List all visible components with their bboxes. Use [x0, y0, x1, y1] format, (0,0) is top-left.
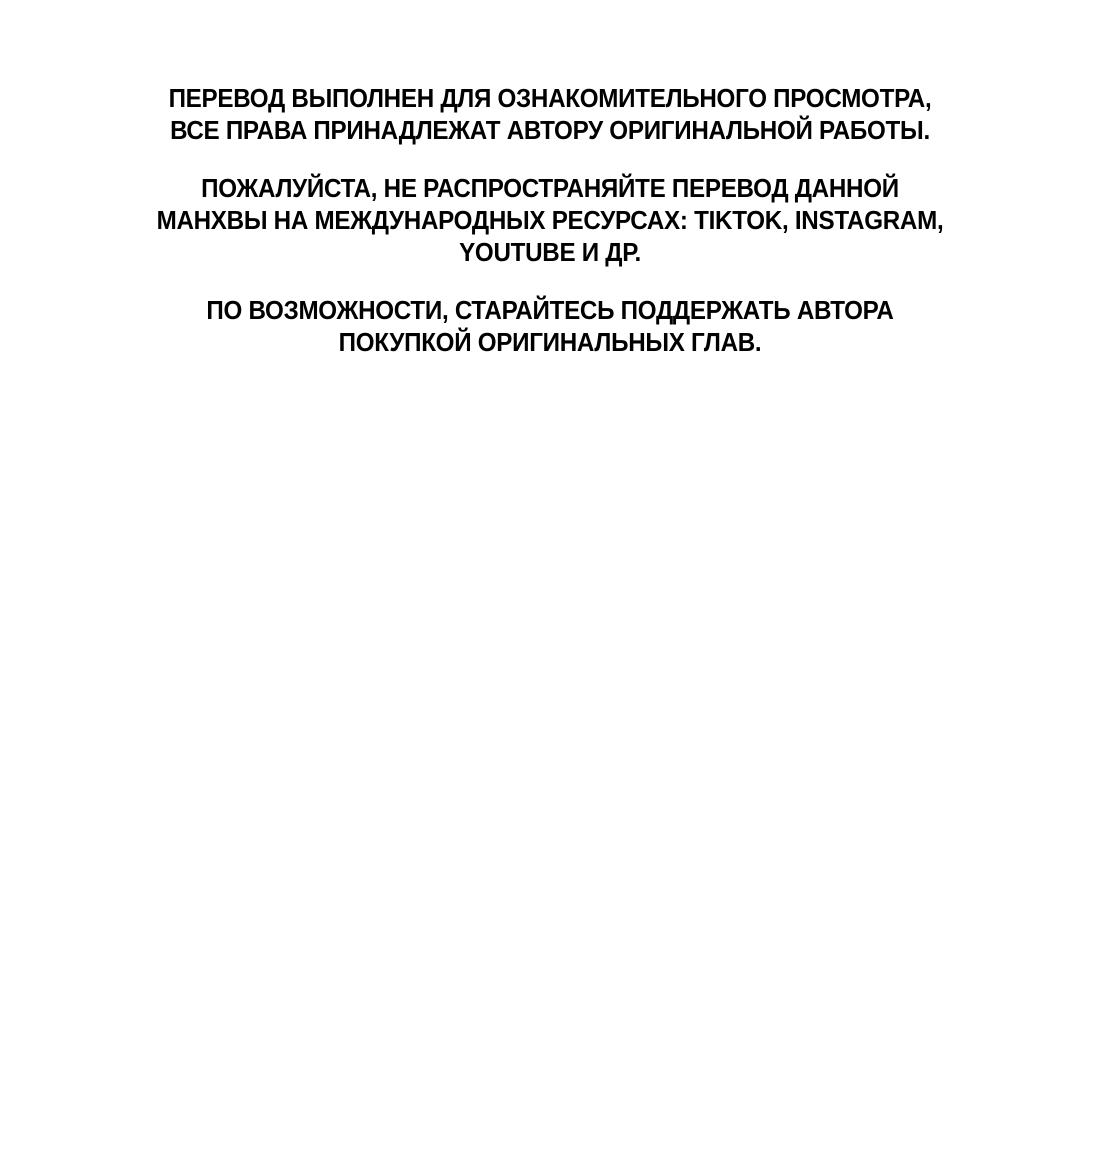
notice-line: YOUTUBE И ДР. [39, 236, 1062, 268]
notice-line: ПЕРЕВОД ВЫПОЛНЕН ДЛЯ ОЗНАКОМИТЕЛЬНОГО ПР… [39, 82, 1062, 114]
translation-notice: ПЕРЕВОД ВЫПОЛНЕН ДЛЯ ОЗНАКОМИТЕЛЬНОГО ПР… [0, 82, 1100, 358]
notice-line: ПОЖАЛУЙСТА, НЕ РАСПРОСТРАНЯЙТЕ ПЕРЕВОД Д… [39, 172, 1062, 204]
notice-line: МАНХВЫ НА МЕЖДУНАРОДНЫХ РЕСУРСАХ: TIKTOK… [39, 204, 1062, 236]
notice-paragraph-rights: ПЕРЕВОД ВЫПОЛНЕН ДЛЯ ОЗНАКОМИТЕЛЬНОГО ПР… [0, 82, 1100, 146]
notice-line: ПО ВОЗМОЖНОСТИ, СТАРАЙТЕСЬ ПОДДЕРЖАТЬ АВ… [39, 294, 1062, 326]
notice-line: ПОКУПКОЙ ОРИГИНАЛЬНЫХ ГЛАВ. [39, 326, 1062, 358]
notice-paragraph-no-redistribution: ПОЖАЛУЙСТА, НЕ РАСПРОСТРАНЯЙТЕ ПЕРЕВОД Д… [0, 172, 1100, 268]
notice-paragraph-support-author: ПО ВОЗМОЖНОСТИ, СТАРАЙТЕСЬ ПОДДЕРЖАТЬ АВ… [0, 294, 1100, 358]
notice-line: ВСЕ ПРАВА ПРИНАДЛЕЖАТ АВТОРУ ОРИГИНАЛЬНО… [39, 114, 1062, 146]
